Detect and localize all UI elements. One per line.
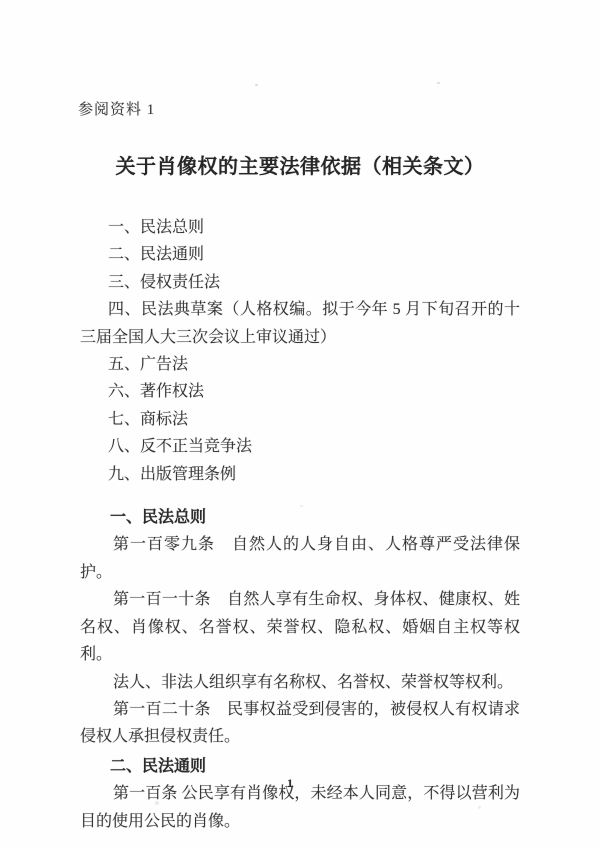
law-list-item: 一、民法总则 [80,214,520,241]
scanned-document-page: 参阅资料 1 关于肖像权的主要法律依据（相关条文） 一、民法总则 二、民法通则 … [0,0,600,848]
page-number: 1 [0,776,580,791]
document-title: 关于肖像权的主要法律依据（相关条文） [0,150,600,179]
section-heading: 一、民法总则 [80,504,520,531]
paragraph: 第一百二十条 民事权益受到侵害的，被侵权人有权请求侵权人承担侵权责任。 [80,696,520,751]
law-list-item: 二、民法通则 [80,241,520,268]
law-list: 一、民法总则 二、民法通则 三、侵权责任法 四、民法典草案（人格权编。拟于今年 … [80,214,520,488]
scan-speck [437,82,440,84]
scan-speck [188,788,191,791]
reference-note: 参阅资料 1 [78,98,155,119]
paragraph: 第一百一十条 自然人享有生命权、身体权、健康权、姓名权、肖像权、名誉权、荣誉权、… [80,586,520,668]
law-list-item: 六、著作权法 [80,378,520,405]
scan-speck [255,84,258,86]
law-list-item: 五、广告法 [80,351,520,378]
law-list-item: 八、反不正当竞争法 [80,433,520,460]
law-list-item: 三、侵权责任法 [80,269,520,296]
section-minfa-tongze: 二、民法通则 第一百条 公民享有肖像权，未经本人同意，不得以营利为目的使用公民的… [80,753,520,835]
scan-speck [300,505,303,507]
paragraph: 第一百零九条 自然人的人身自由、人格尊严受法律保护。 [80,531,520,586]
section-minfa-zongze: 一、民法总则 第一百零九条 自然人的人身自由、人格尊严受法律保护。 第一百一十条… [80,504,520,751]
scan-speck [478,806,481,809]
scan-speck [252,173,254,175]
law-list-item: 四、民法典草案（人格权编。拟于今年 5 月下旬召开的十三届全国人大三次会议上审议… [80,296,520,351]
paragraph: 法人、非法人组织享有名称权、名誉权、荣誉权等权利。 [80,669,520,696]
document-body: 一、民法总则 二、民法通则 三、侵权责任法 四、民法典草案（人格权编。拟于今年 … [80,214,520,835]
law-list-item: 九、出版管理条例 [80,461,520,488]
scan-speck [155,801,159,805]
law-list-item: 七、商标法 [80,406,520,433]
